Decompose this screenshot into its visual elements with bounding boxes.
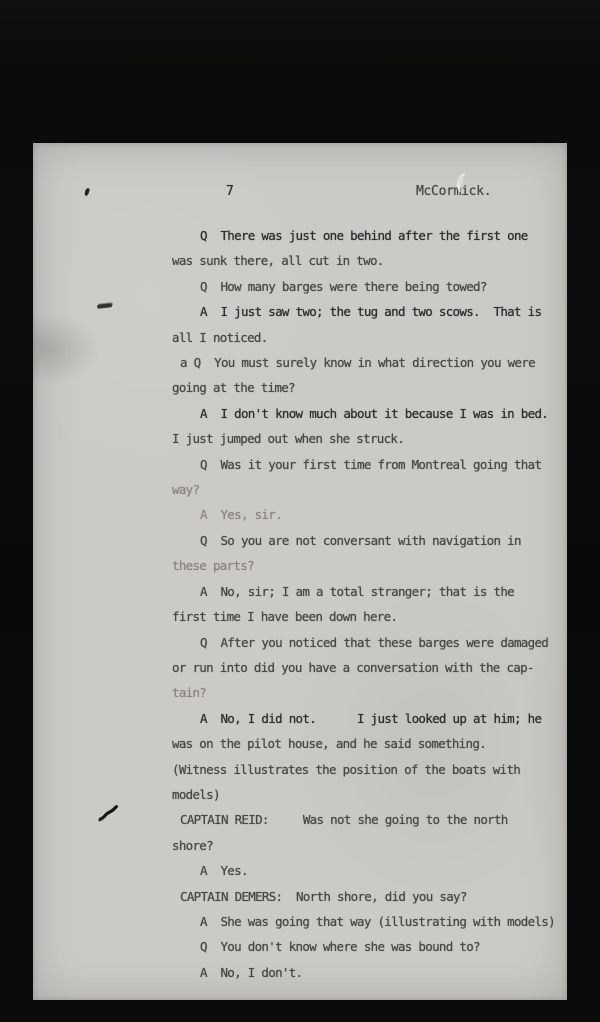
transcript-line: models) xyxy=(172,782,564,807)
transcript-line: or run into did you have a conversation … xyxy=(172,655,564,680)
page-number: 7 xyxy=(226,184,234,199)
transcript-line: A Yes. xyxy=(172,858,564,883)
pen-squiggle-mark xyxy=(98,802,122,826)
transcript-line: Q So you are not conversant with navigat… xyxy=(172,528,564,553)
transcript-line: CAPTAIN REID: Was not she going to the n… xyxy=(172,807,564,832)
transcript-line: CAPTAIN DEMERS: North shore, did you say… xyxy=(172,884,564,909)
transcript-line: a Q You must surely know in what directi… xyxy=(172,350,564,375)
pen-tick-mark xyxy=(84,188,90,197)
transcript-line: A No, I don't. xyxy=(172,960,564,985)
transcript-line: these parts? xyxy=(172,553,564,578)
transcript-line: Q How many barges were there being towed… xyxy=(172,274,564,299)
transcript-line: first time I have been down here. xyxy=(172,604,564,629)
scanned-document-photo: 7 McCormick. Q There was just one behind… xyxy=(0,0,600,1022)
transcript-line: A I don't know much about it because I w… xyxy=(172,401,564,426)
transcript-line: shore? xyxy=(172,833,564,858)
document-page: 7 McCormick. Q There was just one behind… xyxy=(33,143,567,1000)
transcript-line: A She was going that way (illustrating w… xyxy=(172,909,564,934)
transcript-line: I just jumped out when she struck. xyxy=(172,426,564,451)
transcript-line: was on the pilot house, and he said some… xyxy=(172,731,564,756)
transcript-line: going at the time? xyxy=(172,375,564,400)
witness-name: McCormick. xyxy=(416,184,491,199)
transcript-line: tain? xyxy=(172,680,564,705)
transcript-text: Q There was just one behind after the fi… xyxy=(172,223,564,985)
transcript-line: A Yes, sir. xyxy=(172,502,564,527)
transcript-line: A I just saw two; the tug and two scows.… xyxy=(172,299,564,324)
transcript-line: A No, sir; I am a total stranger; that i… xyxy=(172,579,564,604)
transcript-line: Q You don't know where she was bound to? xyxy=(172,934,564,959)
transcript-line: all I noticed. xyxy=(172,325,564,350)
transcript-line: Q There was just one behind after the fi… xyxy=(172,223,564,248)
pen-dash-mark xyxy=(97,303,112,308)
transcript-line: (Witness illustrates the position of the… xyxy=(172,757,564,782)
transcript-line: Q After you noticed that these barges we… xyxy=(172,630,564,655)
transcript-line: A No, I did not. I just looked up at him… xyxy=(172,706,564,731)
transcript-line: way? xyxy=(172,477,564,502)
transcript-line: Q Was it your first time from Montreal g… xyxy=(172,452,564,477)
transcript-line: was sunk there, all cut in two. xyxy=(172,248,564,273)
